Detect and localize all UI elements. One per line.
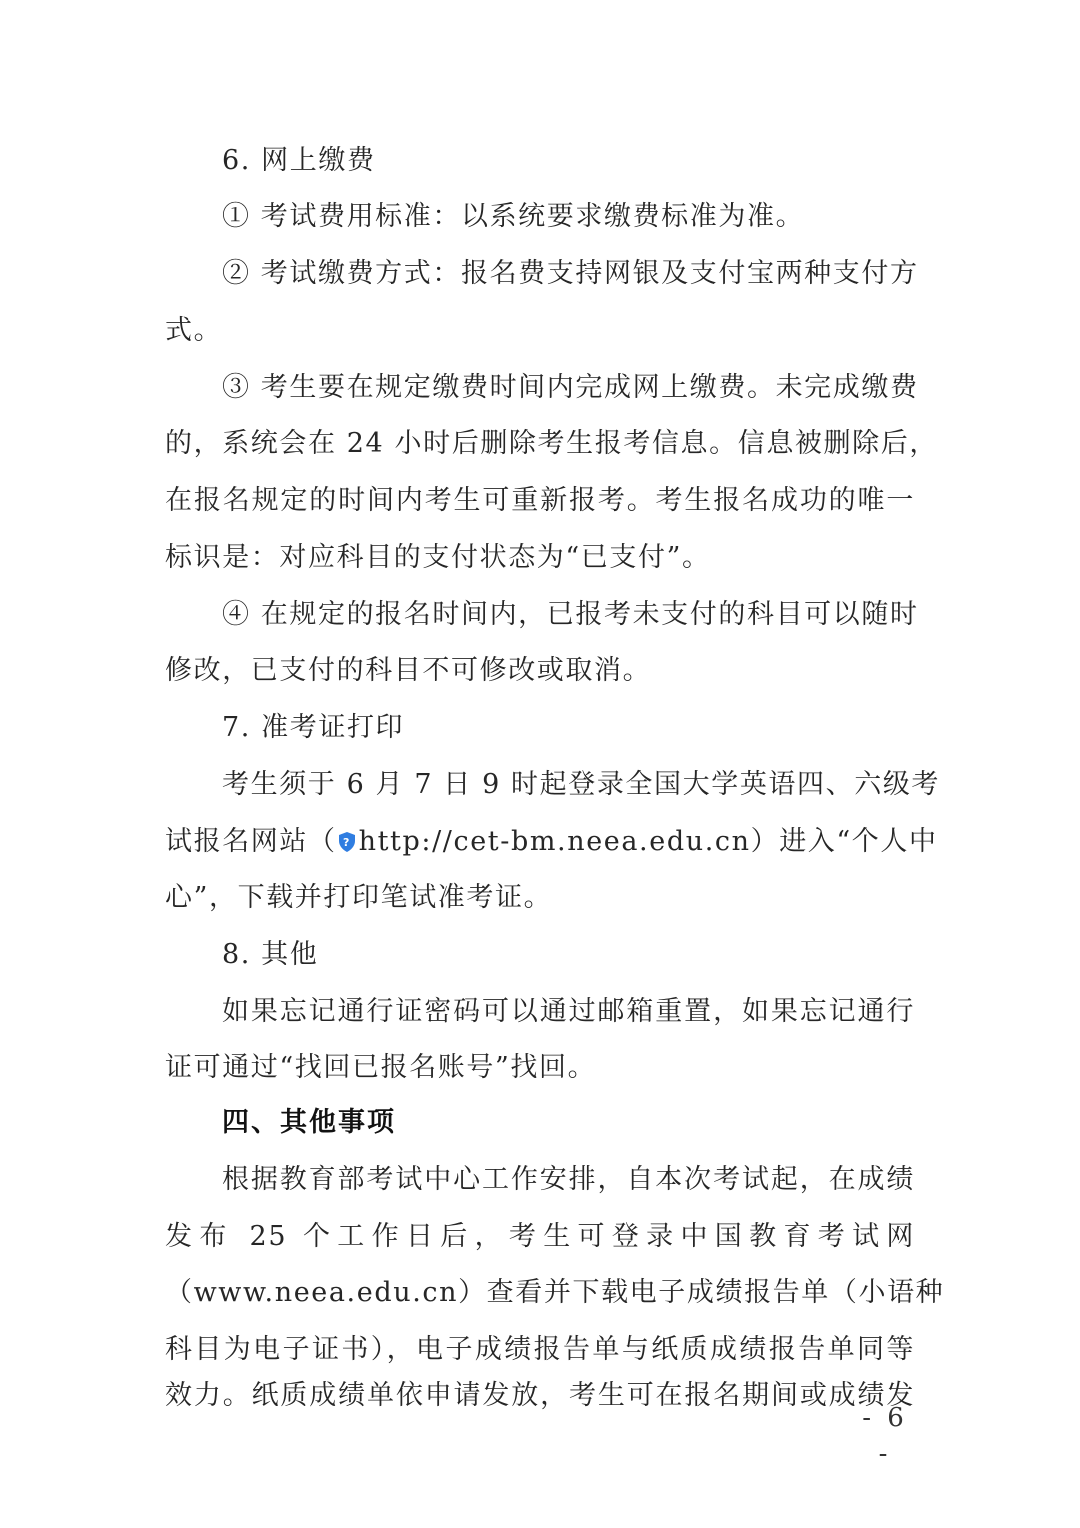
text-line: ① 考试费用标准：以系统要求缴费标准为准。	[222, 197, 915, 237]
text-line: ② 考试缴费方式：报名费支持网银及支付宝两种支付方	[222, 254, 915, 294]
text-line: （www.neea.edu.cn）查看并下载电子成绩报告单（小语种	[165, 1273, 915, 1313]
text-line: ③ 考生要在规定缴费时间内完成网上缴费。未完成缴费	[222, 368, 915, 408]
text-line: 考生须于 6 月 7 日 9 时起登录全国大学英语四、六级考	[222, 765, 915, 805]
text-line: 式。	[165, 311, 915, 351]
text-line: 心”，下载并打印笔试准考证。	[165, 878, 915, 918]
section-heading: 四、其他事项	[222, 1103, 915, 1143]
registration-site-link[interactable]: http://cet-bm.neea.edu.cn	[359, 826, 751, 857]
document-page: 6. 网上缴费① 考试费用标准：以系统要求缴费标准为准。② 考试缴费方式：报名费…	[0, 0, 1080, 1528]
text-line: 8. 其他	[222, 935, 915, 975]
text-segment: ）进入“个人中	[751, 826, 938, 857]
shield-question-icon: ?	[337, 825, 357, 847]
text-line: 的，系统会在 24 小时后删除考生报考信息。信息被删除后，	[165, 424, 915, 464]
text-line: 修改，已支付的科目不可修改或取消。	[165, 651, 915, 691]
page-number: - 6 -	[850, 1400, 920, 1436]
text-line: 证可通过“找回已报名账号”找回。	[165, 1048, 915, 1088]
text-line: 如果忘记通行证密码可以通过邮箱重置，如果忘记通行	[222, 992, 915, 1032]
text-line: 在报名规定的时间内考生可重新报考。考生报名成功的唯一	[165, 481, 915, 521]
text-line: ④ 在规定的报名时间内，已报考未支付的科目可以随时	[222, 595, 915, 635]
text-line: 6. 网上缴费	[222, 141, 915, 181]
text-line: 科目为电子证书），电子成绩报告单与纸质成绩报告单同等	[165, 1330, 915, 1370]
svg-text:?: ?	[343, 836, 351, 849]
text-line: 效力。纸质成绩单依申请发放，考生可在报名期间或成绩发	[165, 1376, 915, 1416]
text-line: 根据教育部考试中心工作安排，自本次考试起，在成绩	[222, 1160, 915, 1200]
text-line: 标识是：对应科目的支付状态为“已支付”。	[165, 538, 915, 578]
text-segment: 试报名网站（	[165, 826, 337, 857]
text-line: 试报名网站（?http://cet-bm.neea.edu.cn）进入“个人中	[165, 822, 915, 862]
text-line: 7. 准考证打印	[222, 708, 915, 748]
text-line: 发布 25 个工作日后，考生可登录中国教育考试网	[165, 1217, 915, 1257]
